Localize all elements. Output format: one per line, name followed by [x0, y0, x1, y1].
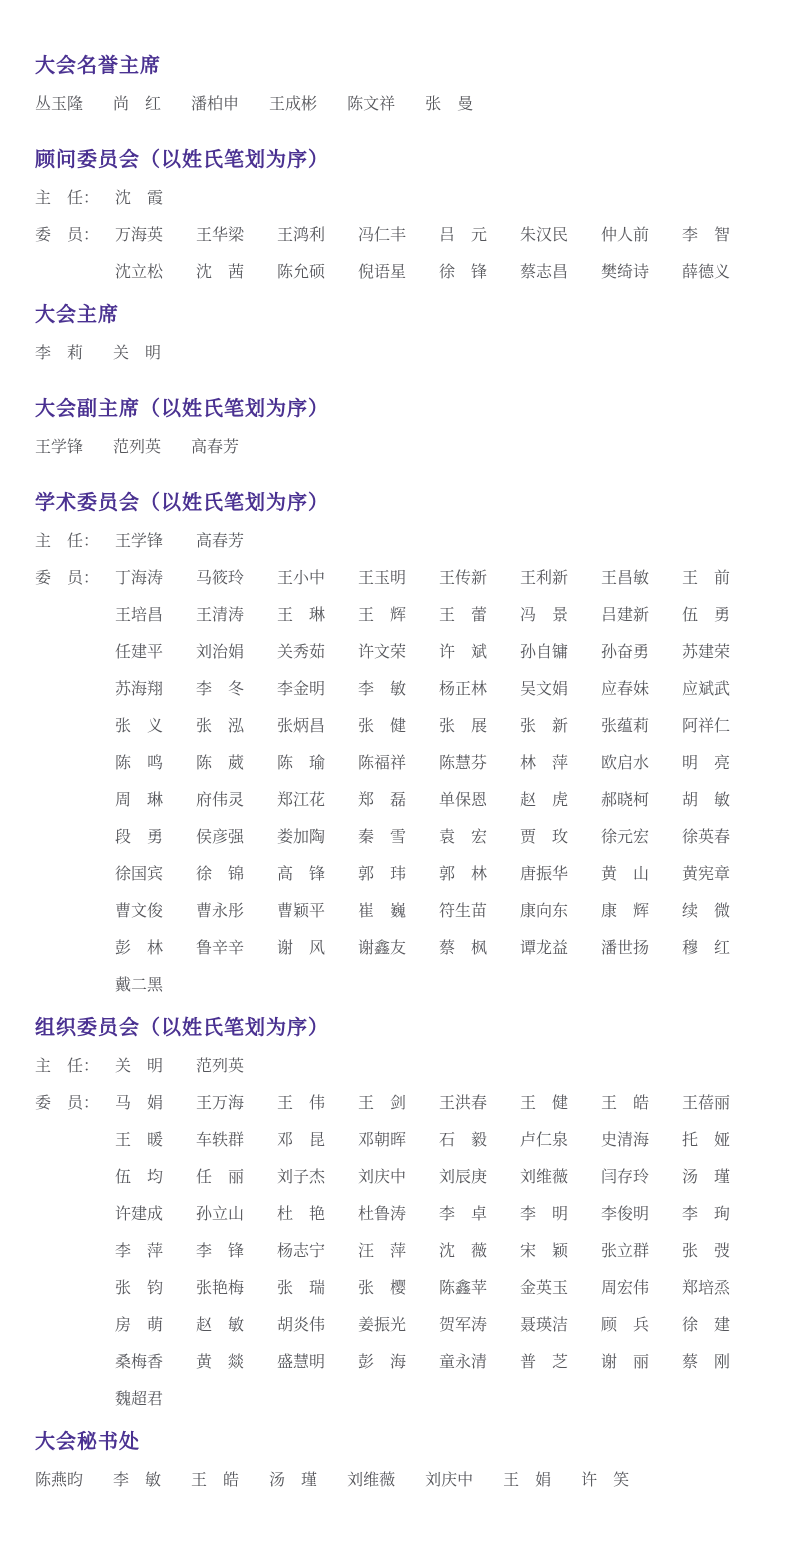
member-name: 谭龙益	[520, 930, 601, 967]
member-name: 托 娅	[682, 1122, 763, 1159]
member-name: 张 泓	[196, 708, 277, 745]
member-name: 赵 虎	[520, 782, 601, 819]
role-label	[35, 708, 115, 745]
member-name: 潘世扬	[601, 930, 682, 967]
member-name: 倪语星	[358, 254, 439, 291]
member-name: 欧启水	[601, 745, 682, 782]
person-name: 尚 红	[113, 96, 161, 114]
member-name: 符生苗	[439, 893, 520, 930]
person-name: 高春芳	[191, 439, 239, 457]
member-name: 房 萌	[115, 1307, 196, 1344]
member-name: 王华梁	[196, 217, 277, 254]
member-name: 谢 风	[277, 930, 358, 967]
name-list: 丛玉隆尚 红潘柏申王成彬陈文祥张 曼	[35, 96, 765, 114]
role-label	[35, 1122, 115, 1159]
role-label: 主 任：	[35, 1048, 115, 1085]
member-name: 马筱玲	[196, 560, 277, 597]
member-row: 周 琳府伟灵郑江花郑 磊单保恩赵 虎郝晓柯胡 敏	[35, 782, 765, 819]
member-name: 冯仁丰	[358, 217, 439, 254]
member-name: 林 萍	[520, 745, 601, 782]
member-name: 孙奋勇	[601, 634, 682, 671]
member-name: 关秀茹	[277, 634, 358, 671]
member-name: 高春芳	[196, 523, 277, 560]
member-name: 沈 茜	[196, 254, 277, 291]
member-name: 彭 海	[358, 1344, 439, 1381]
member-name: 徐英春	[682, 819, 763, 856]
section-title: 大会名誉主席	[35, 54, 765, 78]
role-label: 主 任：	[35, 180, 115, 217]
member-name: 续 微	[682, 893, 763, 930]
member-row: 任建平刘治娟关秀茹许文荣许 斌孙自镛孙奋勇苏建荣	[35, 634, 765, 671]
member-row: 张 钧张艳梅张 瑞张 樱陈鑫苹金英玉周宏伟郑培烝	[35, 1270, 765, 1307]
person-name: 李 敏	[113, 1472, 161, 1490]
section-title: 顾问委员会（以姓氏笔划为序）	[35, 148, 765, 172]
member-name: 许文荣	[358, 634, 439, 671]
member-row: 曹文俊曹永彤曹颖平崔 巍符生苗康向东康 辉续 微	[35, 893, 765, 930]
member-name: 王 前	[682, 560, 763, 597]
member-name: 杨志宁	[277, 1233, 358, 1270]
member-name: 杨正林	[439, 671, 520, 708]
member-name: 王 皓	[601, 1085, 682, 1122]
member-row: 李 萍李 锋杨志宁汪 萍沈 薇宋 颖张立群张 弢	[35, 1233, 765, 1270]
member-name: 袁 宏	[439, 819, 520, 856]
member-grid: 主 任：王学锋高春芳委 员：丁海涛马筱玲王小中王玉明王传新王利新王昌敏王 前王培…	[35, 523, 765, 1004]
member-name: 应春妹	[601, 671, 682, 708]
member-name: 刘治娟	[196, 634, 277, 671]
member-grid: 主 任：关 明范列英委 员：马 娟王万海王 伟王 剑王洪春王 健王 皓王蓓丽王 …	[35, 1048, 765, 1418]
member-name: 邓 昆	[277, 1122, 358, 1159]
member-name: 陈 瑜	[277, 745, 358, 782]
member-name: 周 琳	[115, 782, 196, 819]
member-row: 主 任：沈 霞	[35, 180, 765, 217]
member-name: 仲人前	[601, 217, 682, 254]
member-name: 贺军涛	[439, 1307, 520, 1344]
member-name: 张 钧	[115, 1270, 196, 1307]
member-name: 侯彦强	[196, 819, 277, 856]
member-row: 徐国宾徐 锦高 锋郭 玮郭 林唐振华黄 山黄宪章	[35, 856, 765, 893]
member-name: 汤 瑾	[682, 1159, 763, 1196]
member-name: 吕建新	[601, 597, 682, 634]
member-name: 黄 山	[601, 856, 682, 893]
member-row: 彭 林鲁辛辛谢 风谢鑫友蔡 枫谭龙益潘世扬穆 红	[35, 930, 765, 967]
member-name: 刘子杰	[277, 1159, 358, 1196]
member-name: 王 蕾	[439, 597, 520, 634]
member-name: 郭 林	[439, 856, 520, 893]
member-name: 姜振光	[358, 1307, 439, 1344]
member-name: 曹颖平	[277, 893, 358, 930]
member-name: 陈鑫苹	[439, 1270, 520, 1307]
member-name: 郑 磊	[358, 782, 439, 819]
member-name: 张 健	[358, 708, 439, 745]
member-name: 李 敏	[358, 671, 439, 708]
member-row: 苏海翔李 冬李金明李 敏杨正林吴文娟应春妹应斌武	[35, 671, 765, 708]
member-name: 朱汉民	[520, 217, 601, 254]
member-name: 王 辉	[358, 597, 439, 634]
member-name: 张 弢	[682, 1233, 763, 1270]
member-row: 沈立松沈 茜陈允硕倪语星徐 锋蔡志昌樊绮诗薛德义	[35, 254, 765, 291]
member-row: 张 义张 泓张炳昌张 健张 展张 新张蕴莉阿祥仁	[35, 708, 765, 745]
member-name: 戴二黑	[115, 967, 196, 1004]
role-label	[35, 930, 115, 967]
role-label	[35, 819, 115, 856]
member-name: 孙立山	[196, 1196, 277, 1233]
member-name: 苏建荣	[682, 634, 763, 671]
member-name: 张 义	[115, 708, 196, 745]
person-name: 王 皓	[191, 1472, 239, 1490]
member-name: 张 樱	[358, 1270, 439, 1307]
member-name: 王清涛	[196, 597, 277, 634]
member-name: 王昌敏	[601, 560, 682, 597]
member-row: 房 萌赵 敏胡炎伟姜振光贺军涛聂瑛洁顾 兵徐 建	[35, 1307, 765, 1344]
member-name: 蔡 枫	[439, 930, 520, 967]
member-row: 主 任：关 明范列英	[35, 1048, 765, 1085]
person-name: 丛玉隆	[35, 96, 83, 114]
member-name: 张 新	[520, 708, 601, 745]
role-label	[35, 745, 115, 782]
member-name: 桑梅香	[115, 1344, 196, 1381]
member-name: 刘辰庚	[439, 1159, 520, 1196]
member-name: 车轶群	[196, 1122, 277, 1159]
member-name: 李金明	[277, 671, 358, 708]
name-list: 王学锋范列英高春芳	[35, 439, 765, 457]
person-name: 汤 瑾	[269, 1472, 317, 1490]
role-label: 主 任：	[35, 523, 115, 560]
role-label	[35, 1307, 115, 1344]
role-label	[35, 671, 115, 708]
person-name: 关 明	[113, 345, 161, 363]
member-name: 杜鲁涛	[358, 1196, 439, 1233]
member-name: 张 瑞	[277, 1270, 358, 1307]
person-name: 刘维薇	[347, 1472, 395, 1490]
role-label	[35, 634, 115, 671]
member-name: 张艳梅	[196, 1270, 277, 1307]
section-title: 大会秘书处	[35, 1430, 765, 1454]
member-row: 王培昌王清涛王 琳王 辉王 蕾冯 景吕建新伍 勇	[35, 597, 765, 634]
member-name: 王 伟	[277, 1085, 358, 1122]
member-name: 徐 锦	[196, 856, 277, 893]
member-name: 范列英	[196, 1048, 277, 1085]
role-label	[35, 967, 115, 1004]
member-name: 胡 敏	[682, 782, 763, 819]
member-name: 胡炎伟	[277, 1307, 358, 1344]
member-name: 李 明	[520, 1196, 601, 1233]
member-name: 蔡 刚	[682, 1344, 763, 1381]
member-name: 沈立松	[115, 254, 196, 291]
member-name: 丁海涛	[115, 560, 196, 597]
person-name: 王 娟	[503, 1472, 551, 1490]
member-name: 徐国宾	[115, 856, 196, 893]
name-list: 陈燕昀李 敏王 皓汤 瑾刘维薇刘庆中王 娟许 笑	[35, 1472, 765, 1490]
member-name: 康 辉	[601, 893, 682, 930]
role-label	[35, 1270, 115, 1307]
member-name: 彭 林	[115, 930, 196, 967]
role-label: 委 员：	[35, 1085, 115, 1122]
member-name: 魏超君	[115, 1381, 196, 1418]
member-name: 王玉明	[358, 560, 439, 597]
member-name: 徐元宏	[601, 819, 682, 856]
member-row: 委 员：马 娟王万海王 伟王 剑王洪春王 健王 皓王蓓丽	[35, 1085, 765, 1122]
section-title: 组织委员会（以姓氏笔划为序）	[35, 1016, 765, 1040]
role-label	[35, 856, 115, 893]
member-name: 阿祥仁	[682, 708, 763, 745]
member-name: 王万海	[196, 1085, 277, 1122]
member-row: 委 员：万海英王华梁王鸿利冯仁丰吕 元朱汉民仲人前李 智	[35, 217, 765, 254]
member-name: 聂瑛洁	[520, 1307, 601, 1344]
member-row: 桑梅香黄 燚盛慧明彭 海童永清普 芝谢 丽蔡 刚	[35, 1344, 765, 1381]
person-name: 刘庆中	[425, 1472, 473, 1490]
member-name: 童永清	[439, 1344, 520, 1381]
member-name: 任 丽	[196, 1159, 277, 1196]
member-name: 李 智	[682, 217, 763, 254]
member-name: 李 萍	[115, 1233, 196, 1270]
member-grid: 主 任：沈 霞委 员：万海英王华梁王鸿利冯仁丰吕 元朱汉民仲人前李 智沈立松沈 …	[35, 180, 765, 291]
member-name: 郝晓柯	[601, 782, 682, 819]
member-name: 郑江花	[277, 782, 358, 819]
member-name: 王 剑	[358, 1085, 439, 1122]
member-name: 关 明	[115, 1048, 196, 1085]
member-name: 张 展	[439, 708, 520, 745]
member-name: 冯 景	[520, 597, 601, 634]
person-name: 潘柏申	[191, 96, 239, 114]
member-name: 卢仁泉	[520, 1122, 601, 1159]
member-name: 王蓓丽	[682, 1085, 763, 1122]
member-name: 郭 玮	[358, 856, 439, 893]
member-name: 明 亮	[682, 745, 763, 782]
member-name: 曹永彤	[196, 893, 277, 930]
member-name: 伍 均	[115, 1159, 196, 1196]
member-name: 汪 萍	[358, 1233, 439, 1270]
member-row: 王 暖车轶群邓 昆邓朝晖石 毅卢仁泉史清海托 娅	[35, 1122, 765, 1159]
member-name: 谢 丽	[601, 1344, 682, 1381]
member-name: 陈 鸣	[115, 745, 196, 782]
member-name: 府伟灵	[196, 782, 277, 819]
member-name: 任建平	[115, 634, 196, 671]
member-name: 郑培烝	[682, 1270, 763, 1307]
role-label	[35, 1159, 115, 1196]
role-label	[35, 1233, 115, 1270]
member-row: 许建成孙立山杜 艳杜鲁涛李 卓李 明李俊明李 珣	[35, 1196, 765, 1233]
person-name: 许 笑	[581, 1472, 629, 1490]
member-row: 伍 均任 丽刘子杰刘庆中刘辰庚刘维薇闫存玲汤 瑾	[35, 1159, 765, 1196]
person-name: 王成彬	[269, 96, 317, 114]
member-name: 薛德义	[682, 254, 763, 291]
member-name: 张炳昌	[277, 708, 358, 745]
member-name: 穆 红	[682, 930, 763, 967]
person-name: 陈文祥	[347, 96, 395, 114]
member-name: 吴文娟	[520, 671, 601, 708]
role-label	[35, 1196, 115, 1233]
member-name: 王 健	[520, 1085, 601, 1122]
member-name: 娄加陶	[277, 819, 358, 856]
member-name: 王培昌	[115, 597, 196, 634]
role-label	[35, 597, 115, 634]
role-label	[35, 1344, 115, 1381]
member-name: 贾 玫	[520, 819, 601, 856]
member-name: 蔡志昌	[520, 254, 601, 291]
member-name: 唐振华	[520, 856, 601, 893]
member-name: 陈慧芬	[439, 745, 520, 782]
section-title: 学术委员会（以姓氏笔划为序）	[35, 491, 765, 515]
member-name: 杜 艳	[277, 1196, 358, 1233]
member-name: 马 娟	[115, 1085, 196, 1122]
name-list: 李 莉关 明	[35, 345, 765, 363]
member-name: 李 冬	[196, 671, 277, 708]
member-name: 普 芝	[520, 1344, 601, 1381]
member-name: 樊绮诗	[601, 254, 682, 291]
member-name: 孙自镛	[520, 634, 601, 671]
member-name: 单保恩	[439, 782, 520, 819]
member-name: 赵 敏	[196, 1307, 277, 1344]
member-name: 鲁辛辛	[196, 930, 277, 967]
member-name: 王学锋	[115, 523, 196, 560]
member-name: 王 琳	[277, 597, 358, 634]
member-name: 万海英	[115, 217, 196, 254]
person-name: 王学锋	[35, 439, 83, 457]
member-name: 王 暖	[115, 1122, 196, 1159]
member-name: 徐 建	[682, 1307, 763, 1344]
member-name: 秦 雪	[358, 819, 439, 856]
person-name: 李 莉	[35, 345, 83, 363]
member-name: 徐 锋	[439, 254, 520, 291]
member-name: 王小中	[277, 560, 358, 597]
role-label: 委 员：	[35, 217, 115, 254]
member-name: 段 勇	[115, 819, 196, 856]
member-row: 委 员：丁海涛马筱玲王小中王玉明王传新王利新王昌敏王 前	[35, 560, 765, 597]
role-label: 委 员：	[35, 560, 115, 597]
member-name: 刘庆中	[358, 1159, 439, 1196]
member-name: 宋 颖	[520, 1233, 601, 1270]
member-row: 戴二黑	[35, 967, 765, 1004]
member-name: 王洪春	[439, 1085, 520, 1122]
member-name: 沈 霞	[115, 180, 196, 217]
member-row: 魏超君	[35, 1381, 765, 1418]
member-name: 崔 巍	[358, 893, 439, 930]
role-label	[35, 893, 115, 930]
member-name: 李 珣	[682, 1196, 763, 1233]
member-name: 李 卓	[439, 1196, 520, 1233]
member-name: 陈允硕	[277, 254, 358, 291]
committee-document: 大会名誉主席丛玉隆尚 红潘柏申王成彬陈文祥张 曼顾问委员会（以姓氏笔划为序）主 …	[0, 0, 800, 1520]
role-label	[35, 1381, 115, 1418]
member-name: 顾 兵	[601, 1307, 682, 1344]
role-label	[35, 782, 115, 819]
role-label	[35, 254, 115, 291]
member-name: 王鸿利	[277, 217, 358, 254]
member-name: 张立群	[601, 1233, 682, 1270]
member-name: 刘维薇	[520, 1159, 601, 1196]
member-name: 王传新	[439, 560, 520, 597]
person-name: 张 曼	[425, 96, 473, 114]
person-name: 陈燕昀	[35, 1472, 83, 1490]
member-name: 许建成	[115, 1196, 196, 1233]
member-name: 陈福祥	[358, 745, 439, 782]
member-name: 吕 元	[439, 217, 520, 254]
member-name: 许 斌	[439, 634, 520, 671]
member-name: 盛慧明	[277, 1344, 358, 1381]
member-name: 高 锋	[277, 856, 358, 893]
member-name: 沈 薇	[439, 1233, 520, 1270]
member-name: 黄 燚	[196, 1344, 277, 1381]
member-name: 伍 勇	[682, 597, 763, 634]
section-title: 大会副主席（以姓氏笔划为序）	[35, 397, 765, 421]
member-name: 应斌武	[682, 671, 763, 708]
member-row: 陈 鸣陈 葳陈 瑜陈福祥陈慧芬林 萍欧启水明 亮	[35, 745, 765, 782]
member-name: 王利新	[520, 560, 601, 597]
member-name: 李俊明	[601, 1196, 682, 1233]
member-name: 史清海	[601, 1122, 682, 1159]
person-name: 范列英	[113, 439, 161, 457]
member-name: 康向东	[520, 893, 601, 930]
member-name: 谢鑫友	[358, 930, 439, 967]
member-name: 李 锋	[196, 1233, 277, 1270]
member-name: 邓朝晖	[358, 1122, 439, 1159]
section-title: 大会主席	[35, 303, 765, 327]
member-name: 闫存玲	[601, 1159, 682, 1196]
member-name: 黄宪章	[682, 856, 763, 893]
member-name: 曹文俊	[115, 893, 196, 930]
member-name: 苏海翔	[115, 671, 196, 708]
member-name: 陈 葳	[196, 745, 277, 782]
member-row: 段 勇侯彦强娄加陶秦 雪袁 宏贾 玫徐元宏徐英春	[35, 819, 765, 856]
member-name: 张蕴莉	[601, 708, 682, 745]
member-name: 周宏伟	[601, 1270, 682, 1307]
member-name: 石 毅	[439, 1122, 520, 1159]
member-row: 主 任：王学锋高春芳	[35, 523, 765, 560]
member-name: 金英玉	[520, 1270, 601, 1307]
